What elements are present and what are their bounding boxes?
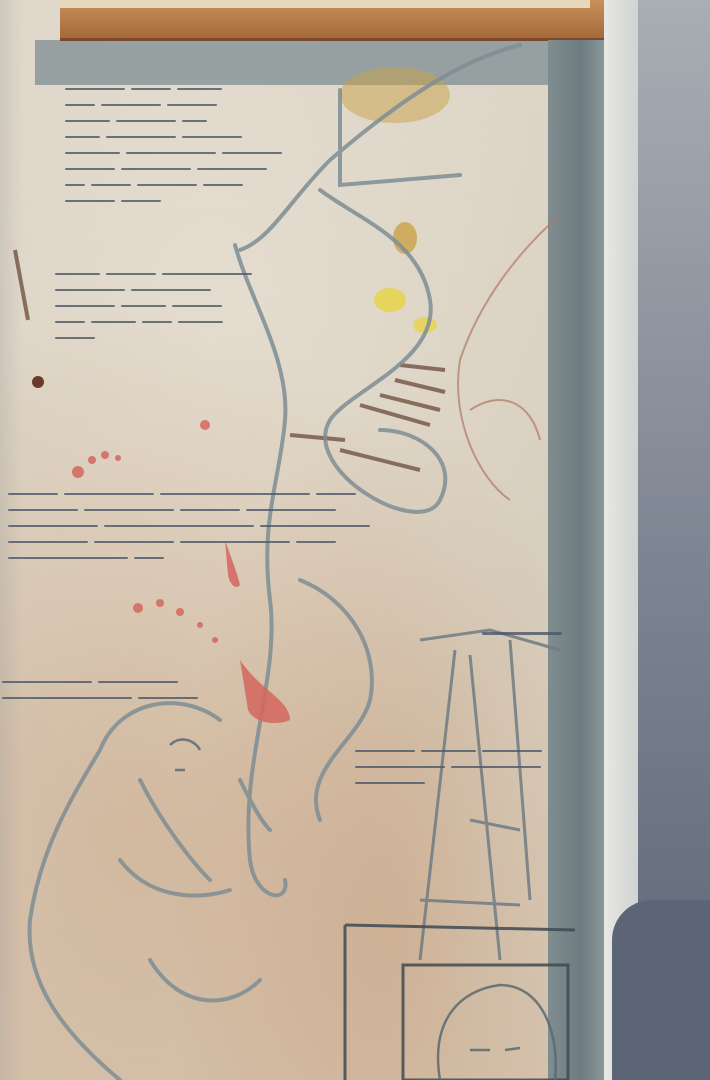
handwritten-note-right	[355, 742, 575, 790]
handwritten-note-left	[2, 673, 262, 705]
handwritten-note-lower	[8, 485, 428, 565]
painting-canvas	[0, 0, 710, 1080]
yellow-splash	[374, 288, 406, 312]
red-sketch-lines	[458, 215, 560, 500]
handwritten-note-top	[65, 80, 315, 208]
signature	[482, 625, 582, 641]
face-sketches	[170, 740, 556, 1080]
ochre-stain	[340, 67, 450, 123]
easel-drawing	[420, 630, 560, 960]
dark-dot	[32, 376, 44, 388]
handwritten-note-middle	[55, 265, 325, 345]
